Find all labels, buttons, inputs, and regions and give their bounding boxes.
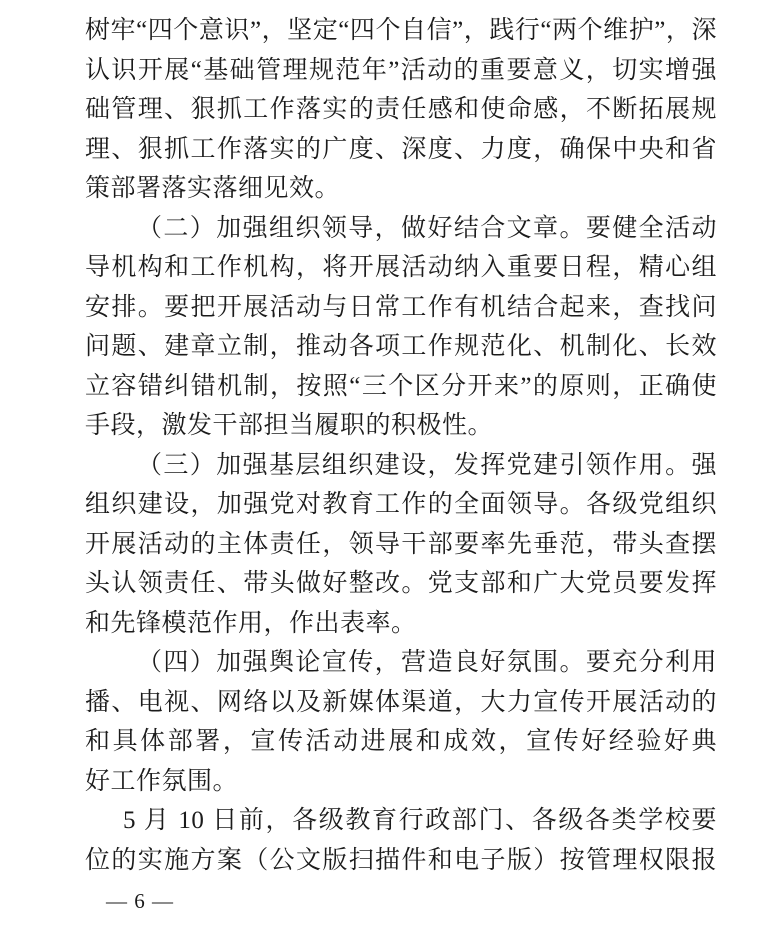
document-page: 树牢“四个意识”，坚定“四个自信”，践行“两个维护”，深刻 认识开展“基础管理规…	[0, 0, 783, 946]
document-line-paragraph-start: 5 月 10 日前，各级教育行政部门、各级各类学校要将本单	[85, 801, 717, 841]
document-line: 好工作氛围。	[85, 762, 717, 802]
page-number: — 6 —	[106, 889, 174, 914]
document-line: 础管理、狠抓工作落实的责任感和使命感，不断拓展规范基础管	[85, 90, 717, 130]
document-line-paragraph-start: （四）加强舆论宣传，营造良好氛围。要充分利用报纸、广	[85, 643, 717, 683]
document-line-paragraph-start: （二）加强组织领导，做好结合文章。要健全活动开展的领	[85, 209, 717, 249]
document-line: 手段，激发干部担当履职的积极性。	[85, 406, 717, 446]
document-line: 理、狠抓工作落实的广度、深度、力度，确保中央和省委重大决	[85, 130, 717, 170]
document-line: 立容错纠错机制，按照“三个区分开来”的原则，正确使用问责	[85, 367, 717, 407]
document-line: 和先锋模范作用，作出表率。	[85, 604, 717, 644]
document-line: 位的实施方案（公文版扫描件和电子版）按管理权限报上级主管	[85, 841, 717, 881]
document-line-paragraph-start: （三）加强基层组织建设，发挥党建引领作用。强化基层党	[85, 446, 717, 486]
document-line: 和具体部署，宣传活动进展和成效，宣传好经验好典型，营造良	[85, 722, 717, 762]
document-body: 树牢“四个意识”，坚定“四个自信”，践行“两个维护”，深刻 认识开展“基础管理规…	[85, 11, 717, 880]
document-line: 导机构和工作机构，将开展活动纳入重要日程，精心组织、周密	[85, 248, 717, 288]
document-line: 认识开展“基础管理规范年”活动的重要意义，切实增强规范基	[85, 51, 717, 91]
document-line: 问题、建章立制，推动各项工作规范化、机制化、长效化。要建	[85, 327, 717, 367]
document-line: 开展活动的主体责任，领导干部要率先垂范，带头查摆问题、带	[85, 525, 717, 565]
document-line: 安排。要把开展活动与日常工作有机结合起来，查找问题、解决	[85, 288, 717, 328]
document-line: 树牢“四个意识”，坚定“四个自信”，践行“两个维护”，深刻	[85, 11, 717, 51]
document-line: 头认领责任、带头做好整改。党支部和广大党员要发挥战斗堡垒	[85, 564, 717, 604]
document-line: 播、电视、网络以及新媒体渠道，大力宣传开展活动的重要意义	[85, 683, 717, 723]
document-line: 组织建设，加强党对教育工作的全面领导。各级党组织要肩负起	[85, 485, 717, 525]
document-line: 策部署落实落细见效。	[85, 169, 717, 209]
